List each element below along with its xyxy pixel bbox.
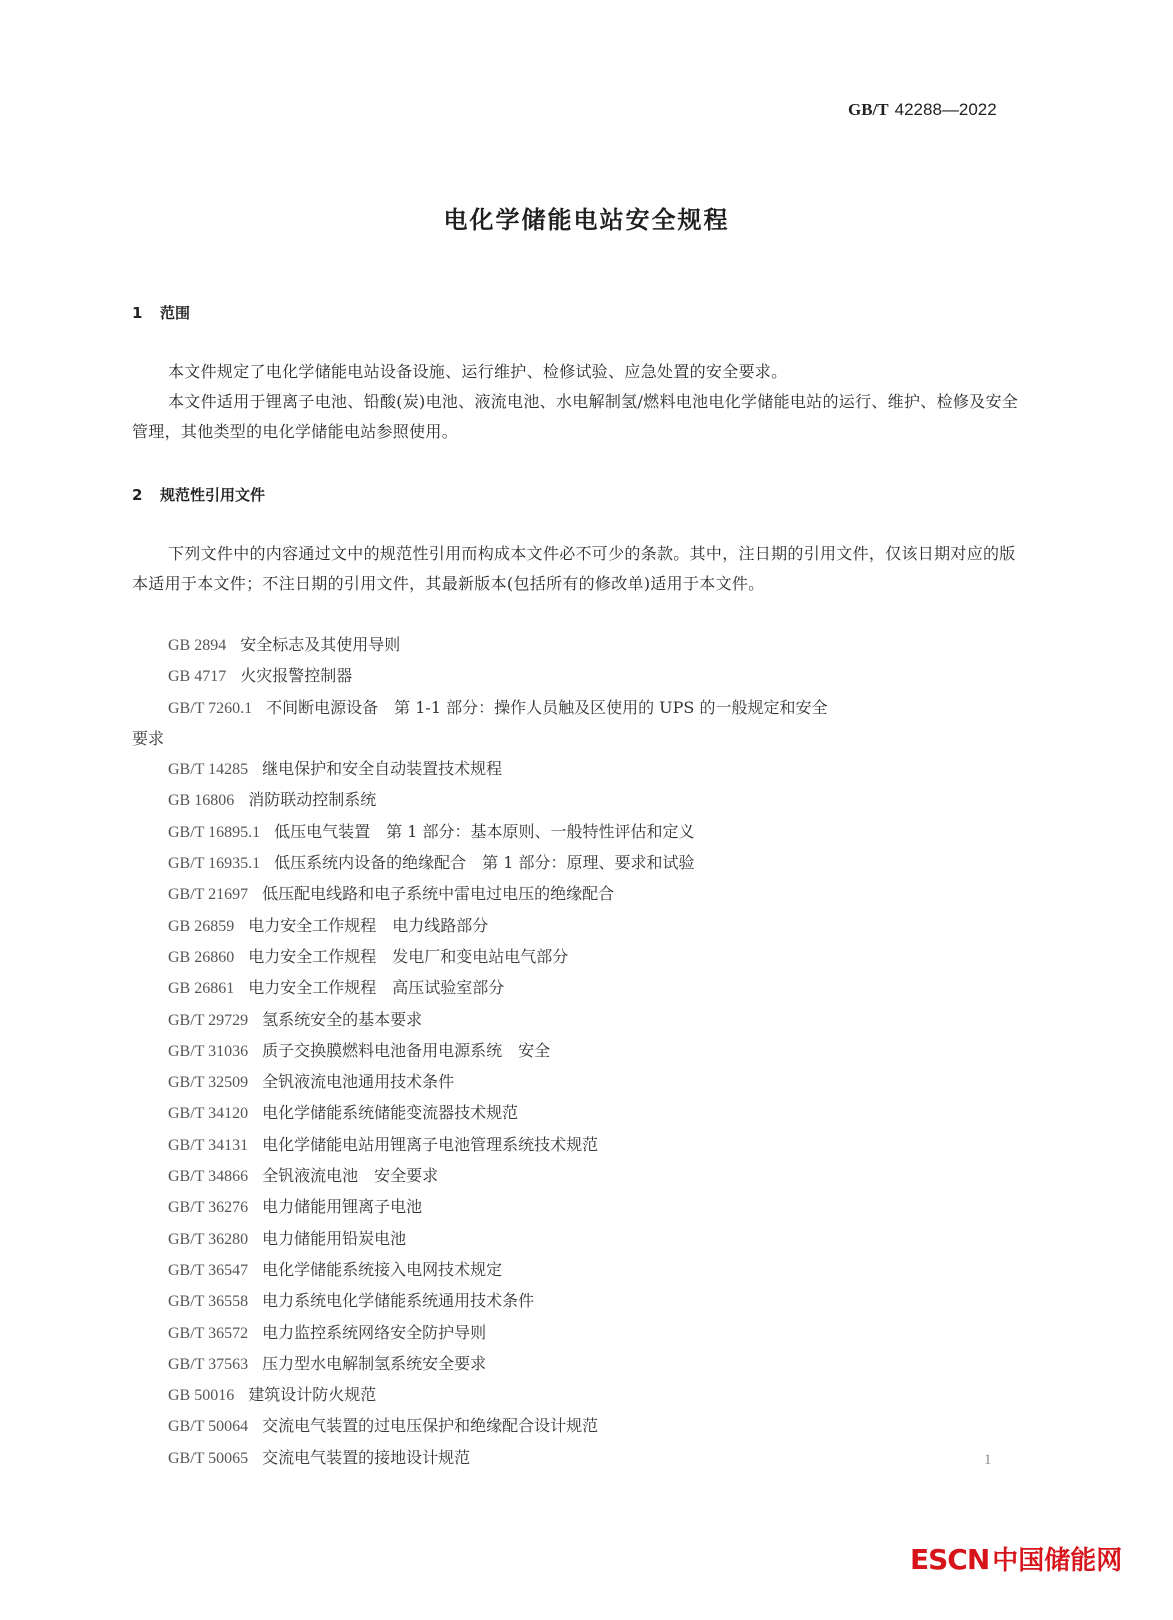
- reference-item: GB/T 50064交流电气装置的过电压保护和绝缘配合设计规范: [168, 1411, 1020, 1442]
- section-1-heading: 1范围: [132, 302, 190, 323]
- reference-title: 安全标志及其使用导则: [240, 635, 400, 654]
- reference-item: GB/T 36547电化学储能系统接入电网技术规定: [168, 1255, 1020, 1286]
- reference-item: GB 16806消防联动控制系统: [168, 785, 1020, 816]
- reference-code: GB/T 21697: [168, 886, 248, 903]
- reference-item: GB/T 31036质子交换膜燃料电池备用电源系统 安全: [168, 1036, 1020, 1067]
- reference-title: 交流电气装置的过电压保护和绝缘配合设计规范: [262, 1416, 598, 1435]
- reference-code: GB/T 31036: [168, 1043, 248, 1060]
- reference-item: GB/T 36280电力储能用铅炭电池: [168, 1224, 1020, 1255]
- section-title: 规范性引用文件: [160, 486, 265, 504]
- reference-item: GB/T 50065交流电气装置的接地设计规范: [168, 1443, 1020, 1474]
- reference-code: GB 26861: [168, 980, 234, 997]
- reference-code: GB/T 16935.1: [168, 855, 260, 872]
- reference-code: GB/T 50065: [168, 1450, 248, 1467]
- reference-title: 电化学储能系统接入电网技术规定: [262, 1260, 502, 1279]
- reference-code: GB/T 36572: [168, 1325, 248, 1342]
- reference-title: 电力储能用铅炭电池: [262, 1229, 406, 1248]
- reference-title: 低压系统内设备的绝缘配合 第 1 部分：原理、要求和试验: [274, 853, 694, 872]
- reference-item: GB/T 36558电力系统电化学储能系统通用技术条件: [168, 1286, 1020, 1317]
- reference-item: GB/T 16895.1低压电气装置 第 1 部分：基本原则、一般特性评估和定义: [168, 817, 1020, 848]
- reference-item: GB/T 37563压力型水电解制氢系统安全要求: [168, 1349, 1020, 1380]
- reference-code: GB/T 7260.1: [168, 700, 252, 717]
- reference-item: GB/T 34131电化学储能电站用锂离子电池管理系统技术规范: [168, 1130, 1020, 1161]
- reference-code: GB/T 36280: [168, 1231, 248, 1248]
- reference-title: 氢系统安全的基本要求: [262, 1010, 422, 1029]
- watermark-latin: ESCN: [910, 1543, 989, 1576]
- document-title: 电化学储能电站安全规程: [0, 200, 1173, 235]
- reference-code: GB/T 14285: [168, 761, 248, 778]
- reference-code: GB/T 36547: [168, 1262, 248, 1279]
- reference-title: 电力安全工作规程 电力线路部分: [248, 916, 488, 935]
- reference-item: GB/T 34866全钒液流电池 安全要求: [168, 1161, 1020, 1192]
- reference-item: GB/T 16935.1低压系统内设备的绝缘配合 第 1 部分：原理、要求和试验: [168, 848, 1020, 879]
- reference-title: 压力型水电解制氢系统安全要求: [262, 1354, 486, 1373]
- reference-code: GB/T 36558: [168, 1293, 248, 1310]
- reference-code: GB/T 29729: [168, 1012, 248, 1029]
- reference-title: 建筑设计防火规范: [248, 1385, 376, 1404]
- reference-title-continuation: 要求: [132, 724, 1020, 754]
- reference-item: GB 4717火灾报警控制器: [168, 661, 1020, 692]
- reference-item: GB/T 36276电力储能用锂离子电池: [168, 1192, 1020, 1223]
- reference-title: 电力监控系统网络安全防护导则: [262, 1323, 486, 1342]
- escn-watermark-logo: ESCN中国储能网: [910, 1540, 1122, 1577]
- section-number: 2: [132, 486, 160, 504]
- reference-code: GB/T 37563: [168, 1356, 248, 1373]
- reference-title: 低压配电线路和电子系统中雷电过电压的绝缘配合: [262, 884, 614, 903]
- section-number: 1: [132, 304, 160, 322]
- section-2-heading: 2规范性引用文件: [132, 484, 265, 505]
- reference-item: GB 26861电力安全工作规程 高压试验室部分: [168, 973, 1020, 1004]
- reference-item: GB 50016建筑设计防火规范: [168, 1380, 1020, 1411]
- reference-title: 电力安全工作规程 高压试验室部分: [248, 978, 504, 997]
- reference-item: GB/T 32509全钒液流电池通用技术条件: [168, 1067, 1020, 1098]
- normative-reference-list: GB 2894安全标志及其使用导则 GB 4717火灾报警控制器 GB/T 72…: [168, 630, 1020, 1474]
- reference-code: GB 4717: [168, 668, 226, 685]
- reference-title: 全钒液流电池 安全要求: [262, 1166, 438, 1185]
- reference-item: GB/T 36572电力监控系统网络安全防护导则: [168, 1318, 1020, 1349]
- reference-item: GB/T 7260.1不间断电源设备 第 1-1 部分：操作人员触及区使用的 U…: [168, 693, 1020, 755]
- reference-code: GB/T 16895.1: [168, 824, 260, 841]
- reference-title: 火灾报警控制器: [240, 666, 352, 685]
- reference-code: GB/T 34120: [168, 1105, 248, 1122]
- reference-code: GB/T 36276: [168, 1199, 248, 1216]
- reference-item: GB/T 34120电化学储能系统储能变流器技术规范: [168, 1098, 1020, 1129]
- reference-code: GB/T 34866: [168, 1168, 248, 1185]
- reference-code: GB 26860: [168, 949, 234, 966]
- reference-code: GB 16806: [168, 792, 234, 809]
- reference-code: GB 26859: [168, 918, 234, 935]
- reference-item: GB/T 14285继电保护和安全自动装置技术规程: [168, 754, 1020, 785]
- reference-title: 消防联动控制系统: [248, 790, 376, 809]
- reference-title: 低压电气装置 第 1 部分：基本原则、一般特性评估和定义: [274, 822, 694, 841]
- reference-code: GB 2894: [168, 637, 226, 654]
- reference-title: 电化学储能系统储能变流器技术规范: [262, 1103, 518, 1122]
- reference-item: GB 26859电力安全工作规程 电力线路部分: [168, 911, 1020, 942]
- reference-title: 全钒液流电池通用技术条件: [262, 1072, 454, 1091]
- section-title: 范围: [160, 304, 190, 322]
- section-1-paragraph-1: 本文件规定了电化学储能电站设备设施、运行维护、检修试验、应急处置的安全要求。: [132, 357, 1020, 387]
- reference-item: GB/T 29729氢系统安全的基本要求: [168, 1005, 1020, 1036]
- reference-title: 电力系统电化学储能系统通用技术条件: [262, 1291, 534, 1310]
- standard-prefix: GB/T: [848, 100, 889, 119]
- reference-code: GB/T 50064: [168, 1418, 248, 1435]
- reference-code: GB/T 32509: [168, 1074, 248, 1091]
- reference-title: 电力储能用锂离子电池: [262, 1197, 422, 1216]
- page-number: 1: [984, 1452, 992, 1469]
- standard-code: GB/T42288—2022: [848, 100, 997, 120]
- reference-item: GB 2894安全标志及其使用导则: [168, 630, 1020, 661]
- reference-title: 质子交换膜燃料电池备用电源系统 安全: [262, 1041, 550, 1060]
- reference-item: GB 26860电力安全工作规程 发电厂和变电站电气部分: [168, 942, 1020, 973]
- reference-title: 电力安全工作规程 发电厂和变电站电气部分: [248, 947, 568, 966]
- standard-number: 42288—2022: [895, 100, 997, 119]
- watermark-chinese: 中国储能网: [992, 1546, 1122, 1576]
- reference-code: GB/T 34131: [168, 1137, 248, 1154]
- reference-title: 交流电气装置的接地设计规范: [262, 1448, 470, 1467]
- section-2-paragraph-1: 下列文件中的内容通过文中的规范性引用而构成本文件必不可少的条款。其中，注日期的引…: [132, 539, 1020, 599]
- reference-code: GB 50016: [168, 1387, 234, 1404]
- reference-title: 电化学储能电站用锂离子电池管理系统技术规范: [262, 1135, 598, 1154]
- reference-item: GB/T 21697低压配电线路和电子系统中雷电过电压的绝缘配合: [168, 879, 1020, 910]
- reference-title: 不间断电源设备 第 1-1 部分：操作人员触及区使用的 UPS 的一般规定和安全: [266, 698, 827, 717]
- reference-title: 继电保护和安全自动装置技术规程: [262, 759, 502, 778]
- section-1-paragraph-2: 本文件适用于锂离子电池、铅酸(炭)电池、液流电池、水电解制氢/燃料电池电化学储能…: [132, 387, 1020, 447]
